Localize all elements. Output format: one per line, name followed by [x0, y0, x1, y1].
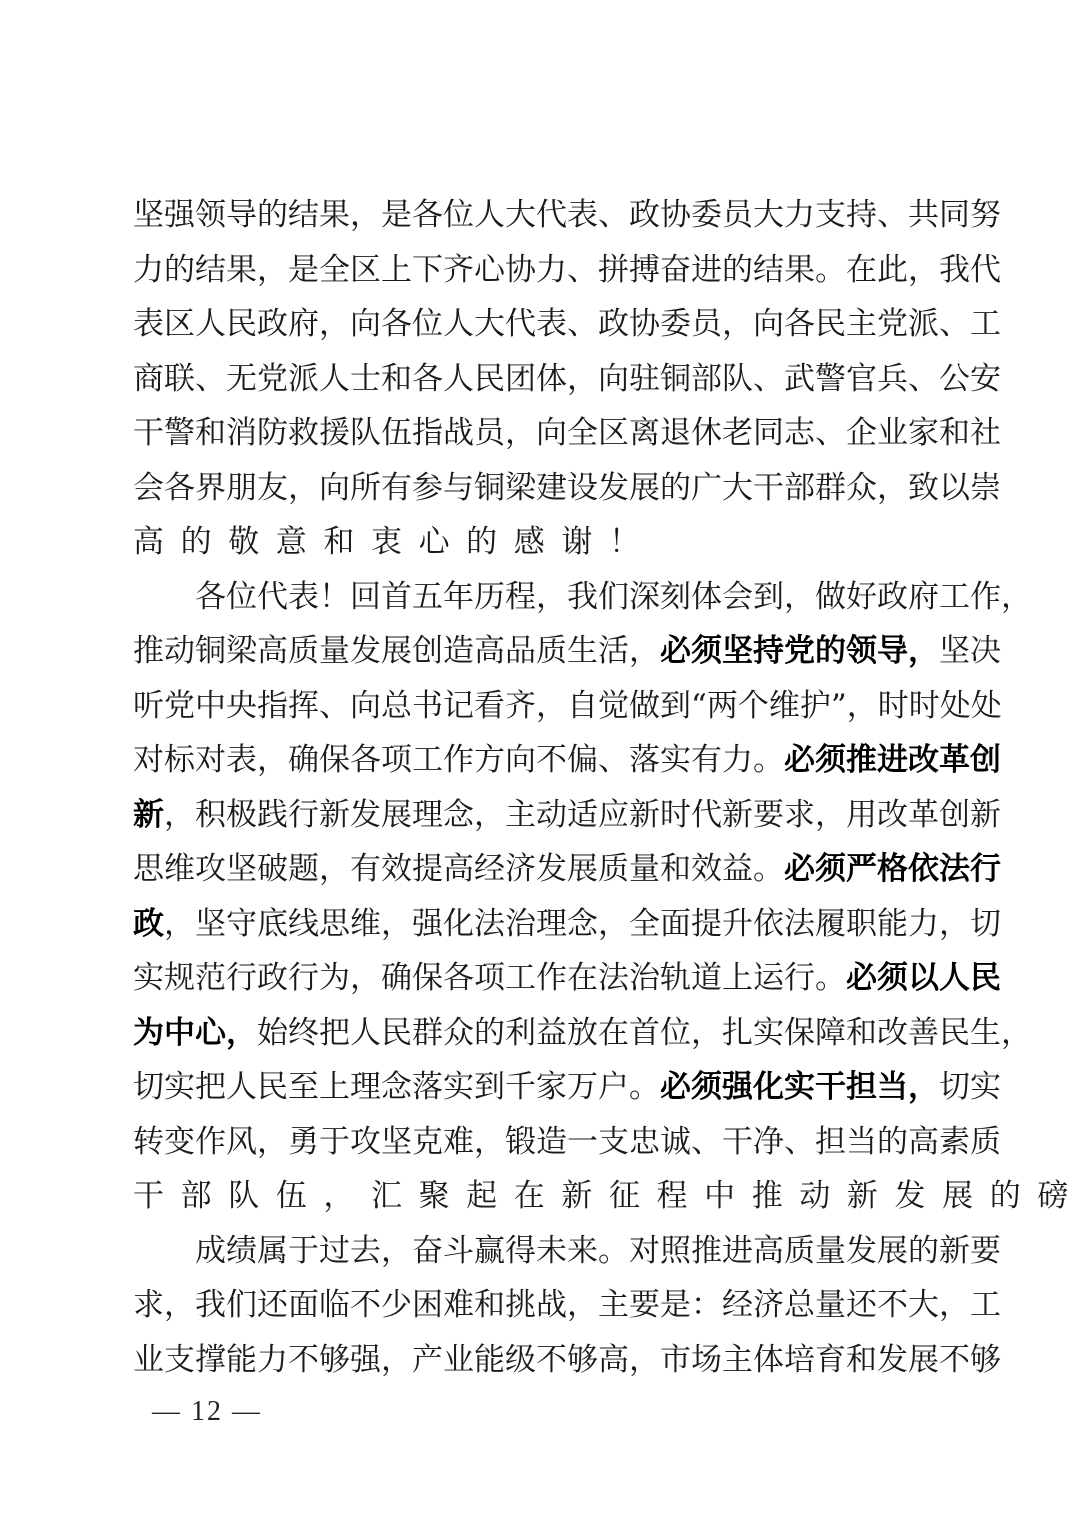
char: 衷	[371, 515, 402, 570]
char: 到	[660, 679, 691, 734]
bold-char: 推	[846, 733, 877, 788]
char: 汇	[371, 1169, 402, 1224]
char: 员	[722, 188, 753, 243]
char: 。	[598, 1224, 629, 1279]
bold-char: 导	[877, 624, 908, 679]
char: 干	[722, 1115, 753, 1170]
char: 力	[784, 188, 815, 243]
char: 时	[878, 679, 909, 734]
char: 回	[350, 570, 381, 625]
char: 代	[505, 297, 536, 352]
char: 、	[567, 297, 598, 352]
char: 不	[536, 1333, 567, 1388]
char: 实	[970, 1060, 1001, 1115]
char: 能	[877, 897, 908, 952]
char: 协	[660, 188, 691, 243]
bold-char: 人	[939, 951, 970, 1006]
char: ，	[908, 243, 939, 298]
text-line: 成绩属于过去，奋斗赢得未来。对照推进高质量发展的新要	[133, 1224, 945, 1279]
char: 素	[939, 1115, 970, 1170]
char: 济	[753, 1278, 784, 1333]
char: 效	[691, 842, 722, 897]
char: ，	[474, 788, 505, 843]
char: 商	[133, 352, 164, 407]
char: 时	[660, 788, 691, 843]
bold-char: 须	[815, 842, 846, 897]
char: 员	[691, 297, 722, 352]
char: 勇	[288, 1115, 319, 1170]
char: 益	[722, 842, 753, 897]
char: 各	[412, 352, 443, 407]
bold-char: 为	[133, 1006, 164, 1061]
char: 临	[319, 1278, 350, 1333]
char: 履	[815, 897, 846, 952]
char: 聚	[419, 1169, 450, 1224]
char: 落	[629, 733, 660, 788]
char: 位	[660, 1006, 691, 1061]
char: 护	[800, 679, 831, 734]
char: 心	[419, 515, 450, 570]
char: 全	[567, 406, 598, 461]
char: 力	[722, 733, 753, 788]
char: 政	[257, 951, 288, 1006]
char: 新	[722, 788, 753, 843]
char: 铜	[660, 352, 691, 407]
char: 造	[536, 1115, 567, 1170]
char: 表	[536, 297, 567, 352]
char: 领	[195, 188, 226, 243]
char: 风	[226, 1115, 257, 1170]
char: 上	[319, 1060, 350, 1115]
char: ，	[381, 1333, 412, 1388]
char: 念	[567, 897, 598, 952]
char: 新	[939, 1224, 970, 1279]
char: 实	[164, 1060, 195, 1115]
char: 力	[908, 897, 939, 952]
char: 向	[350, 679, 381, 734]
char: 践	[257, 788, 288, 843]
char: 的	[660, 461, 691, 516]
char: 共	[908, 188, 939, 243]
bold-char: 强	[722, 1060, 753, 1115]
char: 把	[195, 1060, 226, 1115]
char: 民	[226, 297, 257, 352]
char: 、	[598, 733, 629, 788]
char: 伍	[276, 1169, 307, 1224]
char: 法	[474, 897, 505, 952]
char: 体	[536, 352, 567, 407]
char: 党	[877, 297, 908, 352]
char: 。	[815, 243, 846, 298]
char: 总	[784, 1278, 815, 1333]
bold-char: 实	[784, 1060, 815, 1115]
char: 线	[288, 897, 319, 952]
char: 各	[381, 297, 412, 352]
char: 人	[226, 1060, 257, 1115]
char: 做	[815, 570, 846, 625]
char: 育	[815, 1333, 846, 1388]
bold-char: 依	[908, 842, 939, 897]
char: 成	[195, 1224, 226, 1279]
char: 、	[815, 406, 846, 461]
char: 展	[381, 624, 412, 679]
text-line: 为中心，始终把人民群众的利益放在首位，扎实保障和改善民生，	[133, 1006, 945, 1061]
char: ，	[288, 461, 319, 516]
char: 切	[133, 1060, 164, 1115]
char: 始	[257, 1006, 288, 1061]
char: ，	[257, 733, 288, 788]
bold-char: 坚	[722, 624, 753, 679]
char: 求	[784, 788, 815, 843]
char: 动	[799, 1169, 830, 1224]
char: 工	[939, 570, 970, 625]
char: 要	[970, 1224, 1001, 1279]
char: 指	[412, 406, 443, 461]
char: 派	[288, 352, 319, 407]
text-line: 切实把人民至上理念落实到千家万户。必须强化实干担当，切实	[133, 1060, 945, 1115]
char: 破	[257, 842, 288, 897]
char: 民	[381, 1006, 412, 1061]
text-line: 推动铜梁高质量发展创造高品质生活，必须坚持党的领导，坚决	[133, 624, 945, 679]
bold-char: 须	[691, 624, 722, 679]
char: 时	[909, 679, 940, 734]
char: 意	[276, 515, 307, 570]
bold-char: 必	[784, 842, 815, 897]
char: 处	[940, 679, 971, 734]
char: 理	[412, 788, 443, 843]
char: 我	[939, 243, 970, 298]
char: 人	[195, 297, 226, 352]
char: 位	[226, 570, 257, 625]
char: 指	[257, 679, 288, 734]
char: 质	[970, 1115, 1001, 1170]
char: 向	[753, 297, 784, 352]
char: 梁	[505, 461, 536, 516]
char: ：	[691, 1278, 722, 1333]
char: ，	[784, 570, 815, 625]
char: 奋	[412, 1224, 443, 1279]
char: 新	[970, 788, 1001, 843]
char: ”	[831, 679, 847, 734]
char: 表	[226, 733, 257, 788]
bold-char: 化	[753, 1060, 784, 1115]
bold-char: 法	[939, 842, 970, 897]
char: 各	[350, 733, 381, 788]
char: 工	[412, 733, 443, 788]
char: 中	[195, 679, 226, 734]
char: 化	[443, 897, 474, 952]
char: 作	[443, 733, 474, 788]
char: 援	[319, 406, 350, 461]
char: 在	[514, 1169, 545, 1224]
char: ，	[1001, 1006, 1032, 1061]
char: ，	[877, 461, 908, 516]
char: 此	[877, 243, 908, 298]
char: ，	[536, 679, 567, 734]
char: 梁	[226, 624, 257, 679]
char: 各	[784, 297, 815, 352]
char: ，	[350, 188, 381, 243]
char: 能	[474, 1333, 505, 1388]
char: 休	[691, 406, 722, 461]
char: ，	[847, 679, 878, 734]
char: ，	[691, 1006, 722, 1061]
char: 级	[505, 1333, 536, 1388]
char: 展	[567, 842, 598, 897]
char: 效	[381, 842, 412, 897]
char: 会	[722, 570, 753, 625]
char: 求	[133, 1278, 164, 1333]
char: 感	[514, 515, 545, 570]
char: 委	[660, 297, 691, 352]
char: 主	[598, 1278, 629, 1333]
char: 维	[350, 897, 381, 952]
bold-char: 当	[877, 1060, 908, 1115]
char: 企	[846, 406, 877, 461]
char: 。	[815, 951, 846, 1006]
char: 崇	[970, 461, 1001, 516]
text-line: 商联、无党派人士和各人民团体，向驻铜部队、武警官兵、公安	[133, 352, 945, 407]
char: 战	[536, 1278, 567, 1333]
char: 程	[505, 570, 536, 625]
char: 的	[164, 243, 195, 298]
char: 我	[567, 570, 598, 625]
text-line: 干警和消防救援队伍指战员，向全区离退休老同志、企业家和社	[133, 406, 945, 461]
char: 是	[288, 243, 319, 298]
char: 警	[815, 352, 846, 407]
char: 征	[609, 1169, 640, 1224]
char: 消	[226, 406, 257, 461]
bold-char: 改	[908, 733, 939, 788]
char: 首	[381, 570, 412, 625]
char: 起	[466, 1169, 497, 1224]
char: 市	[660, 1333, 691, 1388]
char: 绩	[226, 1224, 257, 1279]
char: 行	[288, 951, 319, 1006]
char: 照	[660, 1224, 691, 1279]
char: 心	[474, 243, 505, 298]
char: 年	[443, 570, 474, 625]
char: 难	[443, 1278, 474, 1333]
char: 克	[412, 1115, 443, 1170]
char: 坚	[381, 1115, 412, 1170]
char: 社	[970, 406, 1001, 461]
char: 齐	[443, 243, 474, 298]
char: 深	[629, 570, 660, 625]
char: ，	[257, 243, 288, 298]
char: ，	[939, 897, 970, 952]
char: 担	[815, 1115, 846, 1170]
bold-char: 中	[164, 1006, 195, 1061]
char: 中	[704, 1169, 735, 1224]
char: 治	[505, 897, 536, 952]
char: 和	[939, 406, 970, 461]
char	[133, 1224, 164, 1279]
char: 和	[846, 1006, 877, 1061]
char: 实	[133, 951, 164, 1006]
char: 强	[412, 897, 443, 952]
char: 质	[536, 624, 567, 679]
char: 力	[133, 243, 164, 298]
char: 量	[319, 624, 350, 679]
char: 斗	[443, 1224, 474, 1279]
char: 各	[412, 188, 443, 243]
char: 力	[257, 1333, 288, 1388]
char: 质	[598, 842, 629, 897]
char: 向	[598, 352, 629, 407]
bold-char: 干	[815, 1060, 846, 1115]
char: 大	[908, 1278, 939, 1333]
char: 结	[288, 188, 319, 243]
char: 、	[691, 1115, 722, 1170]
char: ，	[164, 1278, 195, 1333]
char: 。	[753, 842, 784, 897]
char: 觉	[598, 679, 629, 734]
char: 公	[939, 352, 970, 407]
char: 项	[474, 951, 505, 1006]
char: 维	[769, 679, 800, 734]
char: 高	[598, 1333, 629, 1388]
char: 活	[598, 624, 629, 679]
char: 众	[846, 461, 877, 516]
char: 员	[474, 406, 505, 461]
char: 发	[877, 1333, 908, 1388]
char: 理	[350, 1060, 381, 1115]
char: 推	[691, 1224, 722, 1279]
char: 、	[908, 352, 939, 407]
char: 支	[598, 1115, 629, 1170]
char: 赢	[474, 1224, 505, 1279]
char: 离	[629, 406, 660, 461]
char: 终	[288, 1006, 319, 1061]
char: 武	[784, 352, 815, 407]
char: 业	[443, 1333, 474, 1388]
char: 提	[691, 897, 722, 952]
char: 题	[288, 842, 319, 897]
char: 念	[381, 1060, 412, 1115]
char: 家	[536, 1060, 567, 1115]
char: 品	[505, 624, 536, 679]
char: 还	[846, 1278, 877, 1333]
bold-char: 须	[877, 951, 908, 1006]
char: 听	[133, 679, 164, 734]
text-line: 求，我们还面临不少困难和挑战，主要是：经济总量还不大，工	[133, 1278, 945, 1333]
char: 政	[257, 297, 288, 352]
char: 政	[877, 570, 908, 625]
char: 和	[323, 515, 354, 570]
char: 大	[722, 461, 753, 516]
char: 坚	[226, 842, 257, 897]
char: 区	[350, 243, 381, 298]
char: 对	[629, 1224, 660, 1279]
char: 铜	[195, 624, 226, 679]
char: 生	[970, 1006, 1001, 1061]
char: 法	[784, 897, 815, 952]
char: 业	[133, 1333, 164, 1388]
char: 工	[970, 297, 1001, 352]
char: 谢	[561, 515, 592, 570]
char: 诚	[660, 1115, 691, 1170]
char: 队	[722, 352, 753, 407]
char: 朋	[226, 461, 257, 516]
char: 提	[412, 842, 443, 897]
char: 维	[164, 842, 195, 897]
char: 总	[381, 679, 412, 734]
char: 、	[939, 297, 970, 352]
char: 对	[133, 733, 164, 788]
char: 人	[474, 188, 505, 243]
char: 经	[474, 842, 505, 897]
char: 极	[226, 788, 257, 843]
char: 万	[567, 1060, 598, 1115]
bold-char: 创	[970, 733, 1001, 788]
char: 同	[753, 406, 784, 461]
char: 党	[257, 352, 288, 407]
char: 防	[257, 406, 288, 461]
char: 造	[443, 624, 474, 679]
char: 于	[319, 1115, 350, 1170]
char: 铜	[474, 461, 505, 516]
char: 团	[505, 352, 536, 407]
bold-char: 持	[753, 624, 784, 679]
bold-char: 须	[691, 1060, 722, 1115]
char: 历	[474, 570, 505, 625]
text-line: 力的结果，是全区上下齐心协力、拼搏奋进的结果。在此，我代	[133, 243, 945, 298]
char: 和	[660, 842, 691, 897]
bold-char: 必	[846, 951, 877, 1006]
char: 人	[319, 352, 350, 407]
char: 们	[226, 1278, 257, 1333]
char: 对	[195, 733, 226, 788]
char: ，	[164, 897, 195, 952]
char: 要	[753, 788, 784, 843]
char: 不	[536, 733, 567, 788]
char: 坚	[133, 188, 164, 243]
text-line: 会各界朋友，向所有参与铜梁建设发展的广大干部群众，致以崇	[133, 461, 945, 516]
char: 持	[846, 188, 877, 243]
char: 过	[319, 1224, 350, 1279]
char: 的	[257, 188, 288, 243]
char: 行	[784, 951, 815, 1006]
char: 众	[443, 1006, 474, 1061]
char: 新	[847, 1169, 878, 1224]
char: 挑	[505, 1278, 536, 1333]
char: 锻	[505, 1115, 536, 1170]
char: 上	[381, 243, 412, 298]
char: 敬	[228, 515, 259, 570]
char: 设	[567, 461, 598, 516]
char: 民	[815, 297, 846, 352]
char: 。	[629, 1060, 660, 1115]
char: 发	[350, 788, 381, 843]
char: 属	[257, 1224, 288, 1279]
text-line: 表区人民政府，向各位人大代表、政协委员，向各民主党派、工	[133, 297, 945, 352]
char: 致	[908, 461, 939, 516]
char: 的	[877, 1115, 908, 1170]
char: 困	[412, 1278, 443, 1333]
char: 、	[877, 188, 908, 243]
bold-char: 党	[784, 624, 815, 679]
char: 切	[939, 1060, 970, 1115]
char: 界	[195, 461, 226, 516]
text-line: 对标对表，确保各项工作方向不偏、落实有力。必须推进改革创	[133, 733, 945, 788]
char: 职	[846, 897, 877, 952]
char: 高	[443, 842, 474, 897]
char: 干	[133, 406, 164, 461]
char: 代	[257, 570, 288, 625]
char: 能	[226, 1333, 257, 1388]
char: 够	[319, 1333, 350, 1388]
